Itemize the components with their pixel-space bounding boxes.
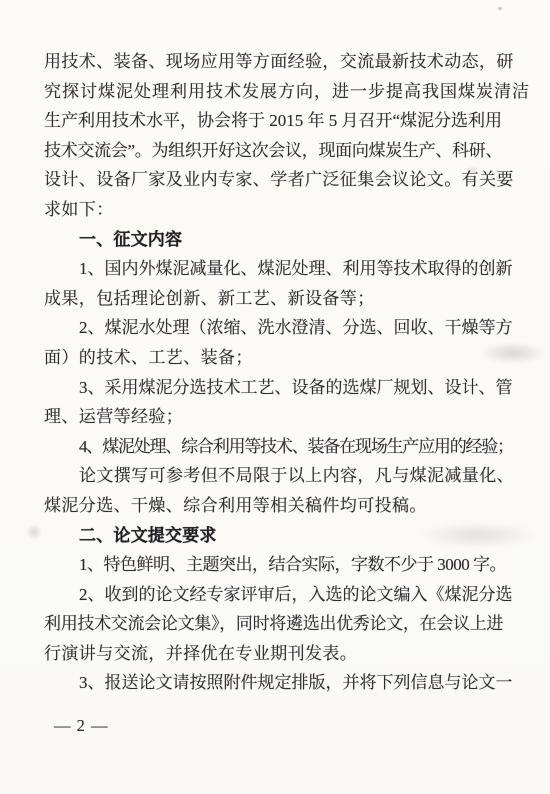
text-line: 1、国内外煤泥减量化、煤泥处理、利用等技术取得的创新 [44, 254, 514, 284]
text-line: 3、报送论文请按照附件规定排版，并将下列信息与论文一 [44, 668, 514, 698]
text-line: 理、运营等经验； [44, 402, 514, 432]
text-line: 3、采用煤泥分选技术工艺、设备的选煤厂规划、设计、管 [44, 373, 514, 403]
text-line: 论文撰写可参考但不局限于以上内容，凡与煤泥减量化、 [44, 461, 514, 491]
text-line: 究探讨煤泥处理利用技术发展方向，进一步提高我国煤炭清洁 [44, 77, 514, 107]
text-line: 成果，包括理论创新、新工艺、新设备等； [44, 284, 514, 314]
text-line: 行演讲与交流，并择优在专业期刊发表。 [44, 639, 514, 669]
text-line: 设计、设备厂家及业内专家、学者广泛征集会议论文。有关要 [44, 165, 514, 195]
text-line: 生产利用技术水平，协会将于 2015 年 5 月召开“煤泥分选利用 [44, 106, 514, 136]
page-number: — 2 — [54, 716, 109, 736]
text-line: 求如下： [44, 195, 514, 225]
scan-artifact [497, 6, 503, 11]
document-body: 用技术、装备、现场应用等方面经验，交流最新技术动态，研 究探讨煤泥处理利用技术发… [44, 47, 514, 698]
text-line: 煤泥分选、干燥、综合利用等相关稿件均可投稿。 [44, 491, 514, 521]
text-line: 2、收到的论文经专家评审后，入选的论文编入《煤泥分选 [44, 580, 514, 610]
text-line: 面）的技术、工艺、装备； [44, 343, 514, 373]
section-heading: 二、论文提交要求 [44, 521, 514, 551]
scan-artifact [26, 524, 42, 540]
section-heading: 一、征文内容 [44, 225, 514, 255]
text-line: 1、特色鲜明、主题突出，结合实际，字数不少于 3000 字。 [44, 550, 514, 580]
text-line: 2、煤泥水处理（浓缩、洗水澄清、分选、回收、干燥等方 [44, 313, 514, 343]
text-line: 技术交流会”。为组织开好这次会议，现面向煤炭生产、科研、 [44, 136, 514, 166]
text-line: 4、煤泥处理、综合利用等技术、装备在现场生产应用的经验； [44, 432, 514, 462]
text-line: 用技术、装备、现场应用等方面经验，交流最新技术动态，研 [44, 47, 514, 77]
text-line: 利用技术交流会论文集》，同时将遴选出优秀论文，在会议上进 [44, 609, 514, 639]
scanned-document-page: 用技术、装备、现场应用等方面经验，交流最新技术动态，研 究探讨煤泥处理利用技术发… [0, 0, 550, 794]
